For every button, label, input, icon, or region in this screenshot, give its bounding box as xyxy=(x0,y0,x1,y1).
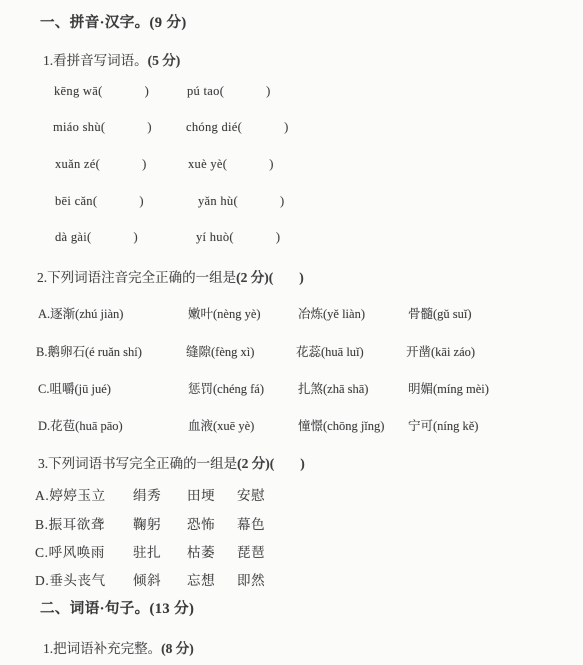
word-with-pinyin: 冶炼(yě liàn) xyxy=(298,304,408,322)
section2-q1-score: (8 分) xyxy=(161,641,194,656)
option-cell: C.呼风唤雨 xyxy=(35,541,133,561)
word: 婷婷玉立 xyxy=(49,488,105,503)
option-cell: B.振耳欲聋 xyxy=(35,513,133,533)
q1-label-text: 1.看拼音写词语。 xyxy=(43,53,148,68)
q3-label: 3.下列词语书写完全正确的一组是(2 分)() xyxy=(38,452,305,472)
q3-label-text: 3.下列词语书写完全正确的一组是 xyxy=(38,456,237,471)
pinyin-row-4: bēi cǎn() yǎn hù() xyxy=(55,194,284,209)
option-cell: D.垂头丧气 xyxy=(35,569,133,589)
pinyin-blank: xuǎn zé() xyxy=(55,157,188,172)
q2-label-text: 2.下列词语注音完全正确的一组是 xyxy=(37,270,236,285)
pinyin-row-2: miáo shù() chóng dié() xyxy=(53,120,289,135)
pinyin-blank: dà gài() xyxy=(55,230,188,245)
option-key: C. xyxy=(35,545,49,560)
q1-score: (5 分) xyxy=(148,53,181,68)
pinyin-text: kēng wā xyxy=(54,84,98,98)
open-paren: ( xyxy=(233,194,237,208)
open-paren: ( xyxy=(269,270,274,285)
pinyin-blank: bēi cǎn() xyxy=(55,194,188,209)
option-key: D. xyxy=(38,419,50,433)
pinyin-text: bēi cǎn xyxy=(55,194,93,208)
option-cell: A.婷婷玉立 xyxy=(35,484,133,504)
q2-option-row-b: B.鹅卵石(é ruǎn shí) 缝隙(fèng xì) 花蕊(huā luǐ… xyxy=(36,342,475,360)
pinyin-blank: pú tao() xyxy=(187,84,271,99)
section1-heading: 一、拼音·汉字。(9 分) xyxy=(40,11,187,32)
word-with-pinyin: 憧憬(chōng jǐng) xyxy=(298,416,408,434)
option-key: B. xyxy=(36,345,47,359)
word-with-pinyin: 开凿(kāi záo) xyxy=(406,342,475,360)
open-paren: ( xyxy=(220,84,224,98)
word: 琵琶 xyxy=(237,541,265,561)
pinyin-text: xuǎn zé xyxy=(55,157,96,171)
word: 振耳欲聋 xyxy=(49,517,105,532)
pinyin-row-3: xuǎn zé() xuè yè() xyxy=(55,157,274,172)
word: 绢秀 xyxy=(133,484,187,504)
open-paren: ( xyxy=(101,120,105,134)
option-cell: D.花苞(huā pāo) xyxy=(38,416,188,434)
open-paren: ( xyxy=(87,230,91,244)
word-with-pinyin: 花蕊(huā luǐ) xyxy=(296,342,406,360)
pinyin-text: yǎn hù xyxy=(198,194,233,208)
q3-option-row-c: C.呼风唤雨 驻扎 枯萎 琵琶 xyxy=(35,541,265,561)
option-key: C. xyxy=(38,382,49,396)
pinyin-blank: chóng dié() xyxy=(186,120,289,135)
word-with-pinyin: 嫩叶(nèng yè) xyxy=(188,304,298,322)
close-paren: ) xyxy=(145,84,149,98)
pinyin-text: dà gài xyxy=(55,230,87,244)
open-paren: ( xyxy=(96,157,100,171)
q2-score: (2 分) xyxy=(236,270,269,285)
close-paren: ) xyxy=(299,270,304,285)
close-paren: ) xyxy=(280,194,284,208)
word: 呼风唤雨 xyxy=(49,545,105,560)
pinyin-blank: yí huò() xyxy=(188,230,280,245)
close-paren: ) xyxy=(147,120,151,134)
close-paren: ) xyxy=(284,120,288,134)
q2-option-row-d: D.花苞(huā pāo) 血液(xuē yè) 憧憬(chōng jǐng) … xyxy=(38,416,478,434)
word-with-pinyin: 明媚(míng mèi) xyxy=(408,379,489,397)
pinyin-text: xuè yè xyxy=(188,157,223,171)
pinyin-row-1: kēng wā() pú tao() xyxy=(54,84,271,99)
section2-q1-label: 1.把词语补充完整。(8 分) xyxy=(43,637,194,657)
open-paren: ( xyxy=(223,157,227,171)
word: 倾斜 xyxy=(133,569,187,589)
word: 即然 xyxy=(237,569,265,589)
open-paren: ( xyxy=(270,456,275,471)
option-key: A. xyxy=(38,307,50,321)
word-with-pinyin: 逐渐(zhú jiàn) xyxy=(50,307,123,321)
option-key: B. xyxy=(35,517,49,532)
q1-label: 1.看拼音写词语。(5 分) xyxy=(43,49,180,69)
option-key: D. xyxy=(35,573,49,588)
word-with-pinyin: 扎煞(zhā shā) xyxy=(298,379,408,397)
section2-q1-text: 1.把词语补充完整。 xyxy=(43,641,161,656)
word-with-pinyin: 咀嚼(jū jué) xyxy=(49,382,110,396)
close-paren: ) xyxy=(266,84,270,98)
pinyin-text: yí huò xyxy=(196,230,229,244)
pinyin-text: miáo shù xyxy=(53,120,101,134)
close-paren: ) xyxy=(133,230,137,244)
option-key: A. xyxy=(35,488,49,503)
word: 安慰 xyxy=(237,484,265,504)
word: 田埂 xyxy=(187,484,237,504)
word: 鞠躬 xyxy=(133,513,187,533)
word-with-pinyin: 缝隙(fèng xì) xyxy=(186,342,296,360)
close-paren: ) xyxy=(142,157,146,171)
q3-option-row-b: B.振耳欲聋 鞠躬 恐怖 幕色 xyxy=(35,513,265,533)
word: 幕色 xyxy=(237,513,265,533)
open-paren: ( xyxy=(229,230,233,244)
option-cell: B.鹅卵石(é ruǎn shí) xyxy=(36,342,186,360)
pinyin-blank: yǎn hù() xyxy=(188,194,284,209)
open-paren: ( xyxy=(93,194,97,208)
word: 枯萎 xyxy=(187,541,237,561)
word-with-pinyin: 鹅卵石(é ruǎn shí) xyxy=(47,345,141,359)
open-paren: ( xyxy=(238,120,242,134)
close-paren: ) xyxy=(269,157,273,171)
pinyin-row-5: dà gài() yí huò() xyxy=(55,230,280,245)
pinyin-blank: miáo shù() xyxy=(53,120,186,135)
word: 忘想 xyxy=(187,569,237,589)
word: 恐怖 xyxy=(187,513,237,533)
open-paren: ( xyxy=(98,84,102,98)
word: 垂头丧气 xyxy=(49,573,105,588)
pinyin-blank: kēng wā() xyxy=(54,84,187,99)
q2-option-row-a: A.逐渐(zhú jiàn) 嫩叶(nèng yè) 冶炼(yě liàn) 骨… xyxy=(38,304,472,322)
close-paren: ) xyxy=(300,456,305,471)
pinyin-text: pú tao xyxy=(187,84,220,98)
q2-label: 2.下列词语注音完全正确的一组是(2 分)() xyxy=(37,266,304,286)
word-with-pinyin: 惩罚(chéng fá) xyxy=(188,379,298,397)
word-with-pinyin: 宁可(níng kě) xyxy=(408,416,478,434)
word: 驻扎 xyxy=(133,541,187,561)
pinyin-blank: xuè yè() xyxy=(188,157,274,172)
close-paren: ) xyxy=(276,230,280,244)
exam-paper-page: 一、拼音·汉字。(9 分) 1.看拼音写词语。(5 分) kēng wā() p… xyxy=(0,0,583,665)
q3-score: (2 分) xyxy=(237,456,270,471)
close-paren: ) xyxy=(139,194,143,208)
option-cell: C.咀嚼(jū jué) xyxy=(38,379,188,397)
section2-heading: 二、词语·句子。(13 分) xyxy=(40,597,194,618)
option-cell: A.逐渐(zhú jiàn) xyxy=(38,304,188,322)
q3-option-row-d: D.垂头丧气 倾斜 忘想 即然 xyxy=(35,569,265,589)
q2-option-row-c: C.咀嚼(jū jué) 惩罚(chéng fá) 扎煞(zhā shā) 明媚… xyxy=(38,379,489,397)
word-with-pinyin: 花苞(huā pāo) xyxy=(50,419,123,433)
q3-option-row-a: A.婷婷玉立 绢秀 田埂 安慰 xyxy=(35,484,265,504)
pinyin-text: chóng dié xyxy=(186,120,238,134)
word-with-pinyin: 骨髓(gǔ suǐ) xyxy=(408,304,472,322)
word-with-pinyin: 血液(xuē yè) xyxy=(188,416,298,434)
